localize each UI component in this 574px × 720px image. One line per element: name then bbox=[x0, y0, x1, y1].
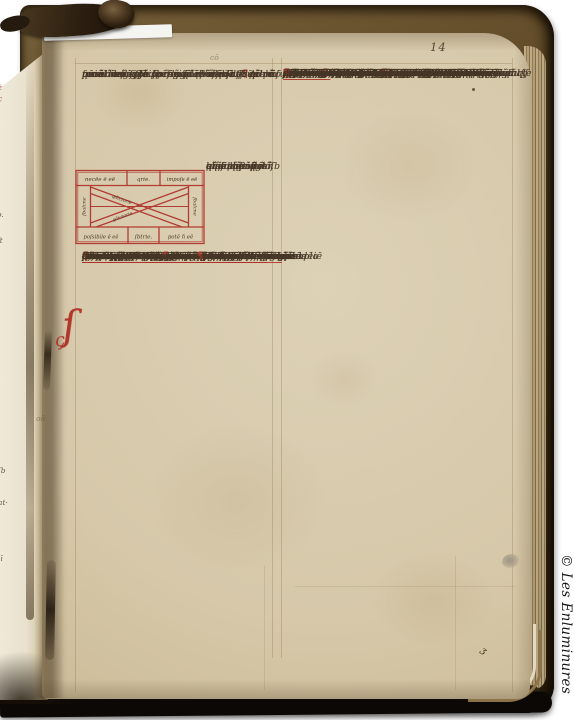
ruling-line-vertical bbox=[75, 58, 76, 692]
margin-mark: oõ bbox=[36, 414, 45, 423]
square-of-opposition-diagram: necēe ē eē qrie. impoſe ē eē poſsibile ē… bbox=[74, 166, 206, 246]
facing-page-fold bbox=[26, 60, 34, 620]
facing-page-edge bbox=[0, 40, 48, 700]
facing-text-fragment: at· bbox=[0, 498, 8, 507]
diagram-label-subalterne-right: ſbalcne bbox=[192, 196, 198, 216]
facing-text-fragment: ſt bbox=[0, 236, 3, 245]
ruling-line-horizontal bbox=[75, 63, 512, 64]
manuscript-line: ernē ē q plūribʒ pē. pc. ī. aoğetās aē ſ… bbox=[82, 250, 108, 263]
parchment-crease bbox=[264, 566, 265, 690]
facing-text-fragment: ſb bbox=[0, 466, 6, 475]
parchment-crease bbox=[455, 556, 456, 690]
diagram-label-contrarie: qrie. bbox=[137, 177, 150, 183]
diagram-label-top-right: impoſe ē eē bbox=[167, 177, 198, 183]
diagram-label-subalterne-left: ſbalcne bbox=[82, 197, 88, 217]
diagram-label-subcontrarie: ſbtrie. bbox=[134, 235, 153, 241]
diagram-label-bottom-right: potē ñ eē bbox=[168, 234, 193, 241]
facing-text-fragment: ç bbox=[0, 94, 2, 103]
manuscript-line: parebit ĩ figã ſb ſcptā. ponēda ē qĩ rõ bbox=[82, 68, 274, 81]
photo-credit: © Les Enluminures bbox=[558, 554, 574, 694]
folio-number: 14 bbox=[430, 40, 447, 54]
manuscript-line: qĩe ila ſe ñō bbox=[206, 160, 263, 173]
manuscript-line: ñ ſal. qʒ cū vol ñ ē uīa meīa mlcūplicā bbox=[283, 67, 487, 81]
ruling-line-vertical bbox=[281, 58, 282, 658]
top-margin-mark: cō bbox=[210, 53, 219, 62]
gutter-crease bbox=[45, 560, 56, 660]
diagram-label-contradictorie-b: qdictorie bbox=[111, 210, 133, 223]
diagram-labels: necēe ē eē qrie. impoſe ē eē poſsibile ē… bbox=[82, 177, 198, 241]
ink-speck bbox=[472, 88, 475, 91]
manuscript-photo: 14 ·aceū ī pō. ſi porēciā ·rō ñō ſile. A… bbox=[0, 0, 574, 720]
diagram-label-top-left: necēe ē eē bbox=[85, 177, 116, 183]
parchment-crease bbox=[295, 586, 515, 587]
facing-text-fragment: iī bbox=[0, 554, 3, 563]
ruling-line-vertical bbox=[512, 58, 513, 692]
manuscript-recto-page bbox=[42, 33, 530, 699]
facing-text-fragment: ż bbox=[0, 83, 2, 92]
diagram-label-bottom-left: poſsibile ē eē bbox=[84, 235, 119, 241]
facing-text-fragment: o. bbox=[0, 210, 4, 219]
ruling-line-vertical bbox=[272, 58, 273, 658]
